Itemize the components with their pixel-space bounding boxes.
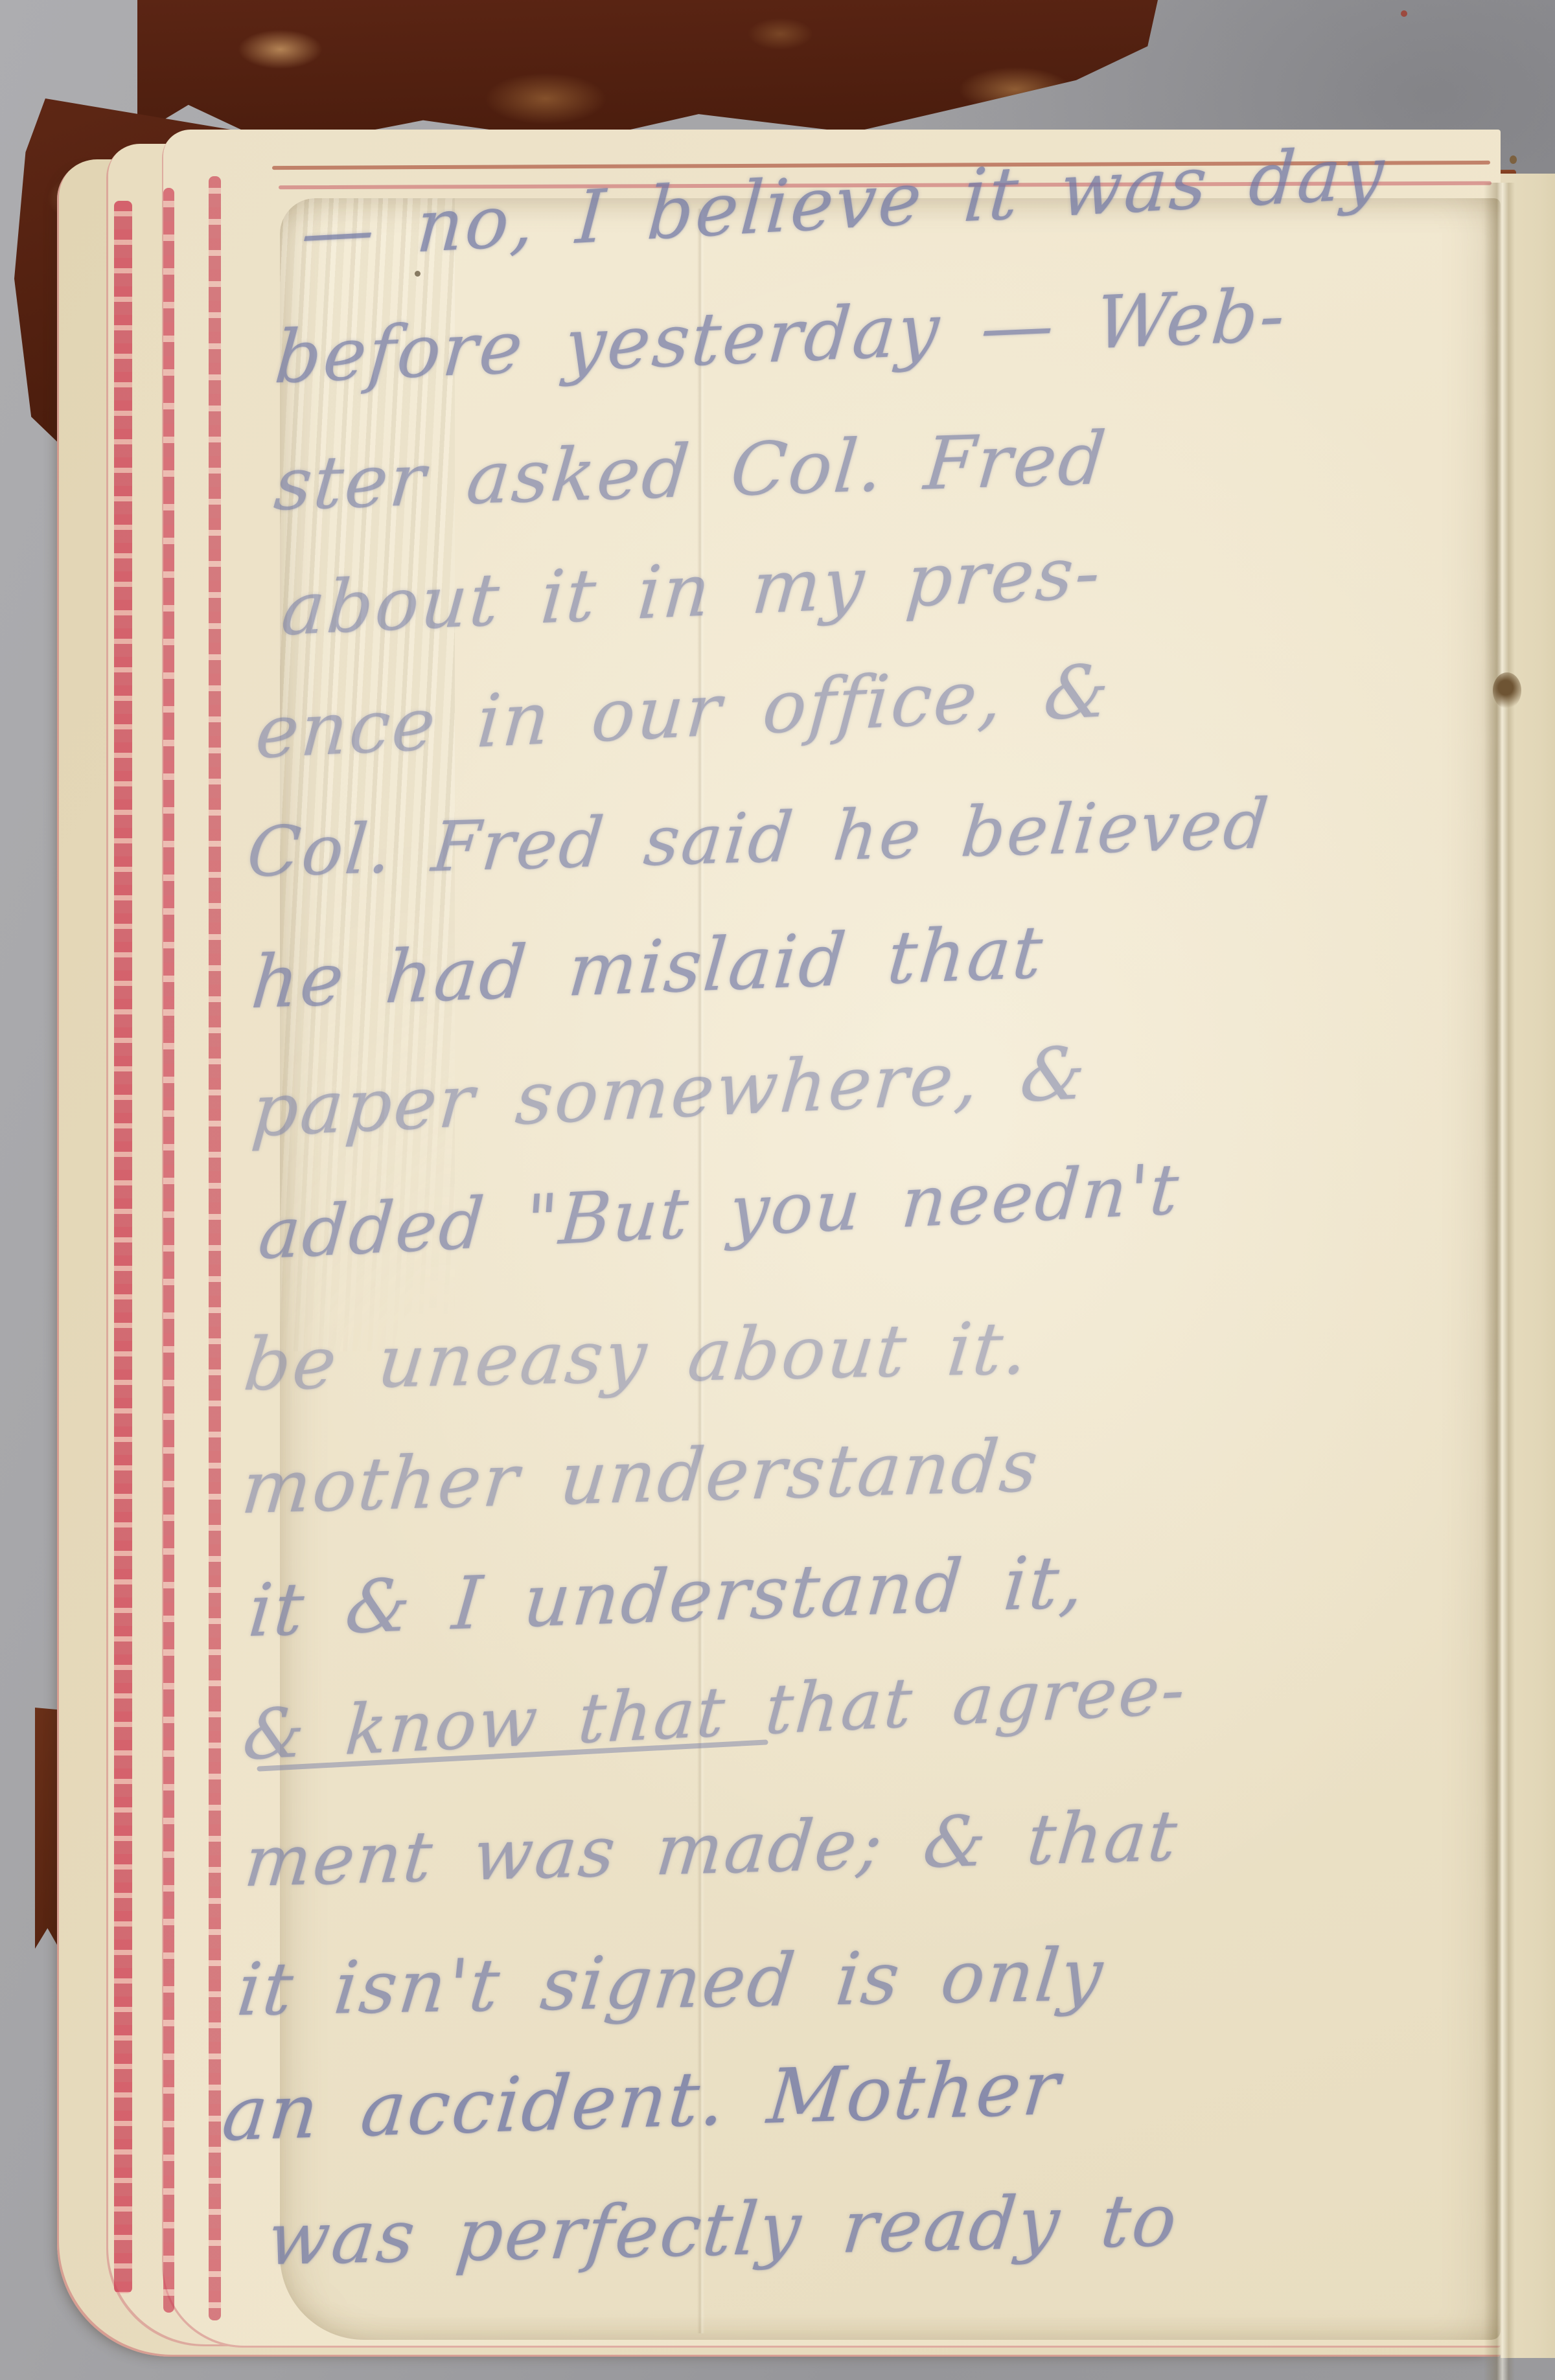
speck: [1401, 10, 1407, 17]
binding-gutter-crease: [1484, 183, 1515, 2380]
red-stained-fore-edge: [163, 188, 174, 2313]
notebook-photo: — no, I believe it was day before yester…: [0, 0, 1555, 2380]
handwriting-line: be uneasy about it.: [240, 1307, 1033, 1408]
handwriting-line: it isn't signed is only: [233, 1933, 1108, 2033]
red-stained-fore-edge: [209, 176, 221, 2320]
speck: [415, 271, 420, 277]
speck: [1510, 155, 1517, 164]
red-stained-fore-edge: [114, 201, 132, 2293]
page-hole-defect: [1493, 672, 1521, 709]
